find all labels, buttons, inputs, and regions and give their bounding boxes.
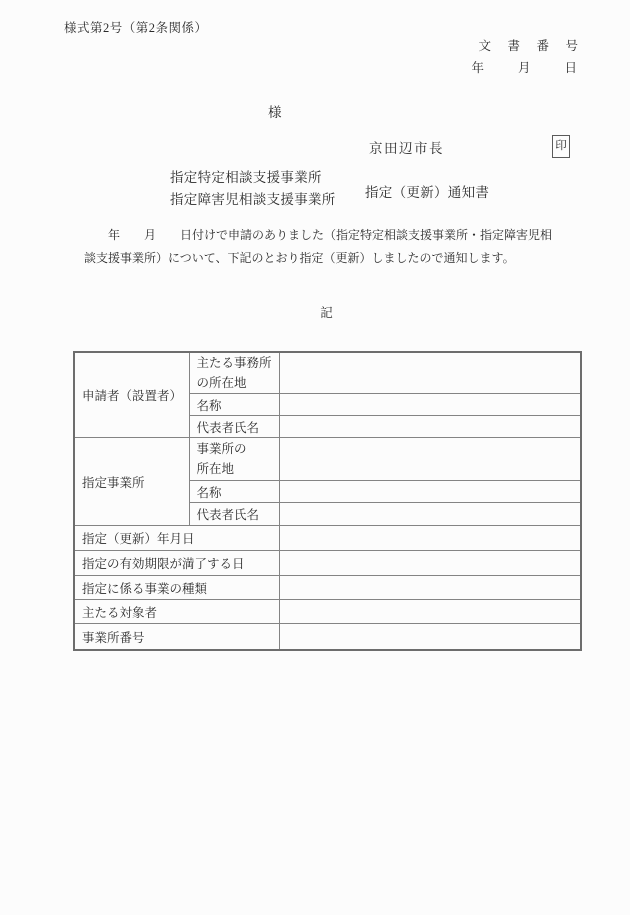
office-representative-label: 代表者氏名 [189, 503, 279, 526]
table-row: 指定（更新）年月日 [74, 526, 581, 551]
table-row: 指定に係る事業の種類 [74, 576, 581, 600]
table-row: 事業所番号 [74, 624, 581, 651]
office-representative-value [279, 503, 581, 526]
applicant-name-label: 名称 [189, 394, 279, 416]
target-group-label: 主たる対象者 [74, 600, 279, 624]
applicant-group-label: 申請者（設置者） [74, 352, 189, 438]
designation-table: 申請者（設置者） 主たる事務所 の所在地 名称 代表者氏名 指定事業所 事業所の… [73, 351, 582, 651]
seal-box: 印 [552, 135, 570, 158]
business-type-value [279, 576, 581, 600]
ki-marker: 記 [73, 303, 580, 321]
office-address-value [279, 438, 581, 481]
body-line2: 談支援事業所）について、下記のとおり指定（更新）しましたので通知します。 [84, 247, 552, 270]
body-paragraph: 年 月 日付けで申請のありました（指定特定相談支援事業所・指定障害児相 談支援事… [84, 224, 552, 269]
expiry-date-value [279, 551, 581, 576]
office-type-names: 指定特定相談支援事業所 指定障害児相談支援事業所 [170, 167, 336, 211]
addressee-suffix: 様 [268, 101, 282, 121]
expiry-date-label: 指定の有効期限が満了する日 [74, 551, 279, 576]
document-number-label: 文 書 番 号 [471, 39, 580, 54]
form-number-label: 様式第2号（第2条関係） [64, 18, 208, 36]
office-group-label: 指定事業所 [74, 438, 189, 526]
notice-title: 指定（更新）通知書 [365, 181, 489, 201]
applicant-representative-value [279, 416, 581, 438]
document-number-block: 文 書 番 号 年 月 日 [471, 39, 580, 76]
date-placeholder-line: 年 月 日 [471, 61, 580, 76]
office-type-line2: 指定障害児相談支援事業所 [170, 189, 336, 211]
applicant-address-label: 主たる事務所 の所在地 [189, 352, 279, 394]
table-row: 主たる対象者 [74, 600, 581, 624]
table-row: 指定事業所 事業所の 所在地 [74, 438, 581, 481]
table-row: 申請者（設置者） 主たる事務所 の所在地 [74, 352, 581, 394]
office-number-value [279, 624, 581, 651]
designation-date-value [279, 526, 581, 551]
office-name-value [279, 481, 581, 503]
issuer-name: 京田辺市長 [369, 137, 444, 157]
target-group-value [279, 600, 581, 624]
office-type-line1: 指定特定相談支援事業所 [170, 167, 336, 189]
applicant-name-value [279, 394, 581, 416]
applicant-representative-label: 代表者氏名 [189, 416, 279, 438]
office-name-label: 名称 [189, 481, 279, 503]
table-row: 指定の有効期限が満了する日 [74, 551, 581, 576]
business-type-label: 指定に係る事業の種類 [74, 576, 279, 600]
designation-date-label: 指定（更新）年月日 [74, 526, 279, 551]
applicant-address-value [279, 352, 581, 394]
seal-mark: 印 [555, 140, 567, 152]
office-number-label: 事業所番号 [74, 624, 279, 651]
office-address-label: 事業所の 所在地 [189, 438, 279, 481]
notification-document-page: 様式第2号（第2条関係） 文 書 番 号 年 月 日 様 京田辺市長 印 指定特… [0, 0, 630, 915]
body-line1: 年 月 日付けで申請のありました（指定特定相談支援事業所・指定障害児相 [84, 224, 552, 247]
